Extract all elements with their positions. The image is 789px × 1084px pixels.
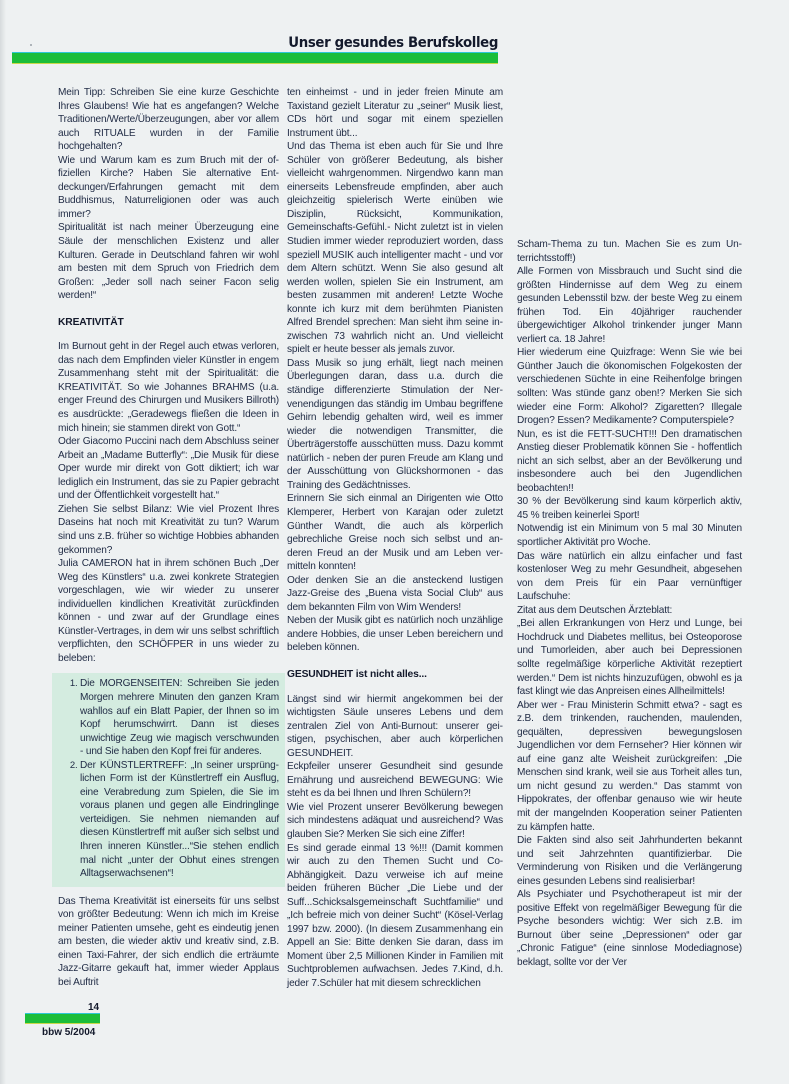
paragraph: Längst sind wir hiermit angekommen bei d… [287,693,503,761]
paragraph: Eckpfeiler unserer Gesundheit sind gesun… [287,760,503,801]
paragraph: 30 % der Bevölkerung sind kaum körperlic… [517,495,742,522]
paragraph: Oder Giacomo Puccini nach dem Abschluss … [58,435,279,503]
paragraph: Als Psychiater und Psychotherapeut ist m… [517,888,742,969]
paragraph: Nun, es ist die FETT-SUCHT!!! Den dramat… [517,428,742,496]
page-edge-shadow [0,0,6,1084]
article-column-right: Scham-Thema zu tun. Machen Sie es zum Un… [517,238,742,970]
tip-box: Die MORGENSEITEN: Schreiben Sie jeden Mo… [52,673,285,886]
heading-kreativitaet: KREATIVITÄT [58,316,279,330]
paragraph: Es sind gerade einmal 13 %!!! (Damit kom… [287,842,503,991]
page-number: 14 [88,1002,99,1013]
paragraph: Scham-Thema zu tun. Machen Sie es zum Un… [517,238,742,265]
paragraph: Hier wiederum eine Quizfrage: Wenn Sie w… [517,346,742,427]
paragraph: Neben der Musik gibt es natürlich noch u… [287,614,503,655]
paragraph: Und das Thema ist eben auch für Sie und … [287,140,503,357]
paragraph: Wie viel Prozent unserer Bevölkerung bew… [287,801,503,842]
article-column-left: Mein Tipp: Schreiben Sie eine kurze Ge­s… [58,86,279,989]
paragraph: Aber wer - Frau Ministerin Schmitt etwa?… [517,699,742,834]
print-speck [30,44,32,46]
paragraph: Spiritualität ist nach meiner Überzeugun… [58,221,279,302]
paragraph: Im Burnout geht in der Regel auch etwas … [58,340,279,435]
header-green-bar [12,52,498,64]
paragraph: Mein Tipp: Schreiben Sie eine kurze Ge­s… [58,86,279,154]
paragraph: Das wäre natürlich ein allzu einfacher u… [517,550,742,604]
paragraph: Wie und Warum kam es zum Bruch mit der o… [58,154,279,222]
quote-paragraph: „Bei allen Erkrankungen von Herz und Lun… [517,617,742,698]
paragraph: ten einheimst - und in jeder freien Minu… [287,86,503,140]
paragraph: Die Fakten sind also seit Jahrhunderten … [517,834,742,888]
tip-item-kuenstlertreff: Der KÜNSTLERTREFF: „In seiner ursprüng­l… [80,759,279,881]
tip-list: Die MORGENSEITEN: Schreiben Sie jeden Mo… [58,677,279,880]
paragraph: Oder denken Sie an die ansteckend lustig… [287,574,503,615]
paragraph: Alle Formen von Missbrauch und Sucht sin… [517,265,742,346]
section-title: Unser gesundes Berufskolleg [288,35,498,51]
paragraph: Dass Musik so jung erhält, liegt nach me… [287,357,503,492]
paragraph: Julia CAMERON hat in ihrem schönen Buch … [58,557,279,665]
paragraph: Notwendig ist ein Minimum von 5 mal 30 M… [517,522,742,549]
article-column-middle: ten einheimst - und in jeder freien Minu… [287,86,503,991]
paragraph: Ziehen Sie selbst Bilanz: Wie viel Proze… [58,503,279,557]
issue-label: bbw 5/2004 [42,1027,95,1038]
heading-gesundheit: GESUNDHEIT ist nicht alles... [287,668,503,682]
paragraph: Das Thema Kreativität ist einerseits für… [58,895,279,990]
footer-green-bar [25,1013,100,1024]
tip-item-morgenseiten: Die MORGENSEITEN: Schreiben Sie jeden Mo… [80,677,279,758]
paragraph: Erinnern Sie sich einmal an Dirigenten w… [287,492,503,573]
paragraph: Zitat aus dem Deutschen Ärzteblatt: [517,604,742,618]
